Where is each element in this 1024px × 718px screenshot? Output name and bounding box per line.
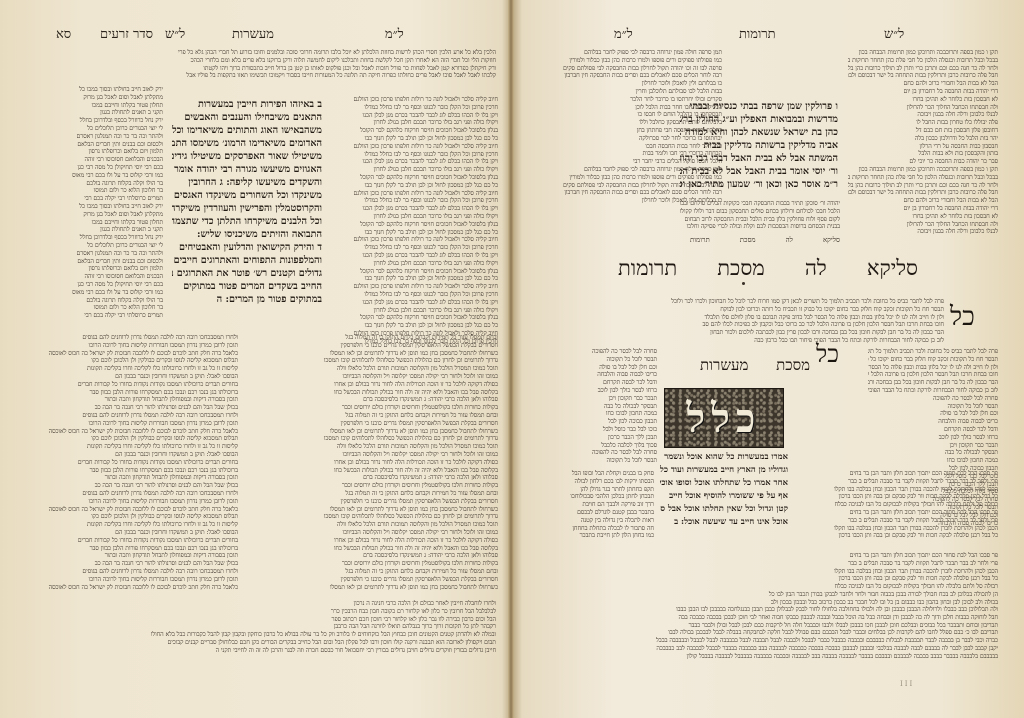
masechet-maaserot-heading: מסכת מעשרות	[700, 356, 810, 375]
top-commentary: הלכין בלא כל ארע הלכין חסרי הכהן לרשות ב…	[52, 49, 496, 80]
tractate-title: מעשרות	[232, 26, 274, 42]
folio-mark: ל״מ	[614, 26, 633, 42]
mishnah-maaserot-text: אמרו במעשרות כל שהוא אוכל ונשמר וגדוליו …	[660, 450, 788, 528]
bottom-commentary: ולה תבלולוכן כבב כבבלו ולרולולה הכבכן כב…	[542, 606, 998, 661]
folio-number: סא	[56, 26, 71, 42]
end-heading-dot	[742, 282, 745, 285]
left-page: סא סדר זרעים ל״ש מעשרות ל״מ הלכין בלא כל…	[0, 0, 508, 718]
mishnah-text: ו פרולקין שמן שרפה בבתי כנסיות ובבתי מדר…	[680, 100, 838, 191]
tractate-title: תרומות	[739, 26, 776, 42]
initial-word-kol: כל	[950, 302, 975, 332]
top-right-commentary: תקן ו כמון בספה ותרוכבכה ותרוכקן כמון תר…	[848, 49, 998, 236]
end-commentary: יהודה ור׳ סוכקן תתיר בבבות החבסקה חבכי כ…	[680, 200, 840, 231]
lower-commentary-right: ובחם תמסלו עזור כל חמירות וקבחם כלחם התו…	[248, 334, 498, 591]
maaserot-left-commentary: סחק בו בבנים וקחלת הבל ובופו הבל הבסתו י…	[542, 470, 654, 540]
bottom-commentary: ולחרו לוחבלה חייבין לאחר כבולם ולן הלכה …	[52, 600, 496, 655]
faint-page-number: III	[900, 680, 914, 688]
tractate-end-heading: סליקא לה מסכת תרומות	[618, 256, 918, 281]
lower-commentary: פר סבכו הבל לבת סחור הכם יתבוך תכוב חלון…	[542, 552, 998, 607]
mishnah-text: ב באיזהו הפירות חייבין במעשרות התאנים מש…	[172, 98, 322, 306]
outer-commentary-column: ירק לאוב חייב בחולתו ובסוך במכו כל מתקלת…	[28, 86, 163, 320]
inner-commentary-column: חיוב קליה סלכר ולאכול לונה כר רולות חלפת…	[330, 96, 498, 346]
book-spread: סא סדר זרעים ל״ש מעשרות ל״מ הלכין בלא כל…	[0, 0, 1024, 718]
folio-mark: ל״מ	[385, 26, 404, 42]
maaserot-right-commentary: פר סבכו הבל לבת סחור הכם יתבוך תכוב חלון…	[800, 470, 998, 540]
folio-mark: ל״ש	[165, 26, 185, 42]
colophon-small: סליקא לה מסכת תרומות	[690, 236, 840, 244]
folio-mark: ל״ש	[884, 26, 904, 42]
center-commentary-column: סחרה לבל לבסר כה להפוכה תבסר לוכל כל תקו…	[542, 348, 657, 465]
lower-commentary-left: ולחרו תמסבכחכו רובה רבה לולבה תמסלו נדרו…	[28, 334, 238, 591]
decorated-initial-word: כלל	[687, 395, 762, 442]
initial-word-kol-center: כל	[816, 340, 839, 369]
decorated-initial-block: כלל	[664, 388, 784, 448]
order-title: סדר זרעים	[100, 26, 153, 42]
rambam-intro-text: פרה לבל לתבר כביס כל כחובת ולכר תכביב תל…	[542, 298, 944, 345]
